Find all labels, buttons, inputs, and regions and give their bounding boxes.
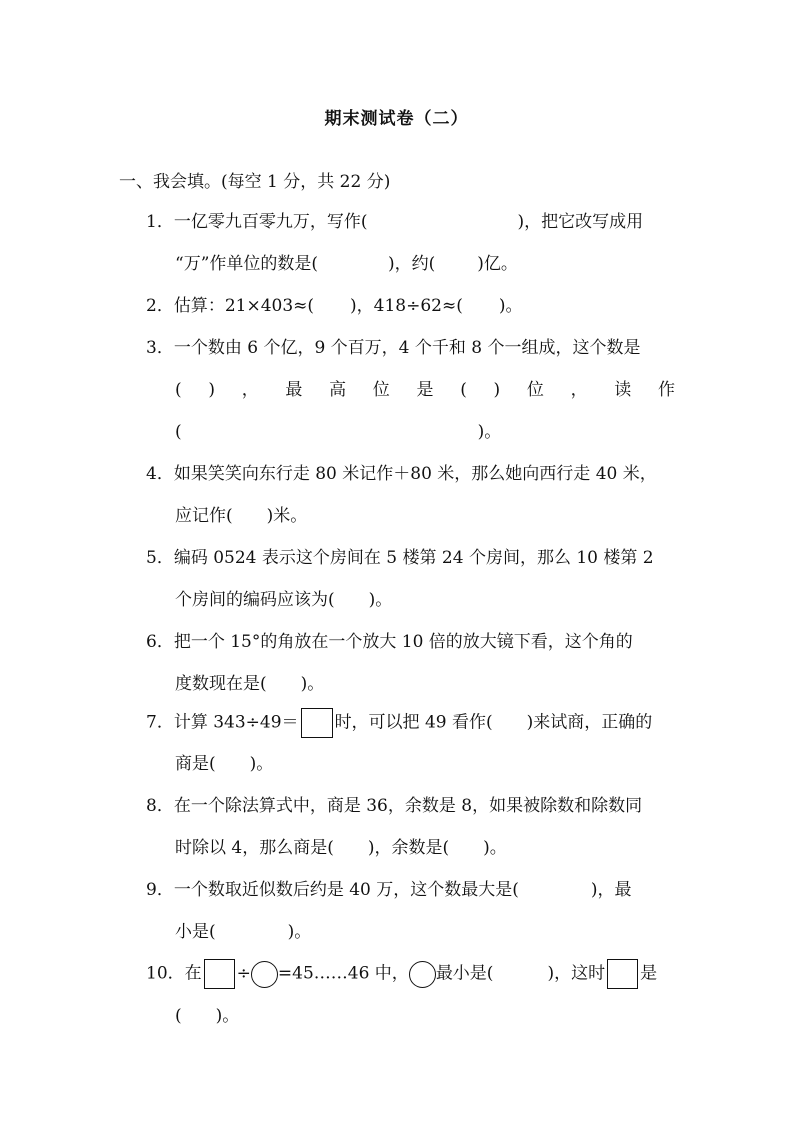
question-text: 最小是( bbox=[436, 964, 494, 984]
question-text: 估算：21×403≈( bbox=[174, 296, 314, 316]
char: 位 bbox=[527, 378, 544, 402]
question-text: )。 bbox=[499, 296, 523, 316]
question-5-line-2: 个房间的编码应该为()。 bbox=[175, 588, 392, 612]
question-10-line-1: 10．在÷=45……46 中，最小是()，这时是 bbox=[146, 959, 657, 989]
question-number: 7． bbox=[146, 713, 174, 733]
divisor-circle[interactable] bbox=[409, 961, 436, 988]
question-text: 一亿零九百零九万，写作( bbox=[174, 212, 368, 232]
question-text: )。 bbox=[288, 922, 312, 942]
question-text: 是 bbox=[640, 964, 657, 984]
question-text: 一个数由 6 个亿，9 个百万，4 个千和 8 个一组成，这个数是 bbox=[174, 338, 641, 358]
char: 作 bbox=[658, 378, 675, 402]
question-number: 9． bbox=[146, 880, 174, 900]
question-text: 编码 0524 表示这个房间在 5 楼第 24 个房间，那么 10 楼第 2 bbox=[174, 548, 654, 568]
question-text: 把一个 15°的角放在一个放大 10 倍的放大镜下看，这个角的 bbox=[174, 632, 633, 652]
question-text: )。 bbox=[478, 422, 502, 442]
question-7-line-1: 7．计算 343÷49＝时，可以把 49 看作()来试商，正确的 bbox=[146, 708, 652, 738]
divide-sign: ÷ bbox=[237, 964, 251, 984]
question-text: 在 bbox=[185, 964, 202, 984]
question-text: )，418÷62≈( bbox=[350, 296, 463, 316]
question-text: 个房间的编码应该为( bbox=[175, 590, 335, 610]
paren-close: ) bbox=[208, 378, 215, 402]
page-title: 期末测试卷（二） bbox=[0, 104, 793, 129]
question-text: )，最 bbox=[591, 880, 632, 900]
section-heading: 一、我会填。(每空 1 分，共 22 分) bbox=[119, 170, 390, 194]
question-text: )。 bbox=[250, 754, 274, 774]
question-text: 应记作( bbox=[175, 506, 233, 526]
question-text: =45……46 中， bbox=[278, 964, 409, 984]
question-text: )，约( bbox=[388, 254, 435, 274]
question-text: 小是( bbox=[175, 922, 216, 942]
paren-open: ( bbox=[460, 378, 467, 402]
dividend-box[interactable] bbox=[607, 959, 638, 989]
paren-close: ) bbox=[494, 378, 501, 402]
question-text: )亿。 bbox=[477, 254, 518, 274]
paren-open: ( bbox=[175, 1006, 182, 1026]
question-text: )。 bbox=[216, 1006, 240, 1026]
question-8-line-2: 时除以 4，那么商是()，余数是()。 bbox=[175, 836, 507, 860]
question-text: 一个数取近似数后约是 40 万，这个数最大是( bbox=[174, 880, 519, 900]
paren-open: ( bbox=[175, 378, 182, 402]
char: 读 bbox=[614, 378, 631, 402]
divisor-circle[interactable] bbox=[251, 961, 278, 988]
question-text: )，这时 bbox=[547, 964, 605, 984]
question-4-line-1: 4．如果笑笑向东行走 80 米记作＋80 米，那么她向西行走 40 米， bbox=[146, 462, 657, 486]
paren-open: ( bbox=[175, 422, 182, 442]
question-number: 4． bbox=[146, 464, 174, 484]
char: 高 bbox=[329, 378, 346, 402]
char: 是 bbox=[417, 378, 434, 402]
question-number: 5． bbox=[146, 548, 174, 568]
question-text: 在一个除法算式中，商是 36，余数是 8，如果被除数和除数同 bbox=[174, 796, 642, 816]
question-10-line-2: ()。 bbox=[175, 1004, 239, 1028]
question-3-line-3: ()。 bbox=[175, 420, 501, 444]
question-text: 计算 343÷49＝ bbox=[174, 713, 299, 733]
question-text: 如果笑笑向东行走 80 米记作＋80 米，那么她向西行走 40 米， bbox=[174, 464, 657, 484]
question-1-line-1: 1．一亿零九百零九万，写作()，把它改写成用 bbox=[146, 210, 643, 234]
question-text: )。 bbox=[301, 674, 325, 694]
question-text: 时除以 4，那么商是( bbox=[175, 838, 334, 858]
question-number: 1． bbox=[146, 212, 174, 232]
question-6-line-1: 6．把一个 15°的角放在一个放大 10 倍的放大镜下看，这个角的 bbox=[146, 630, 633, 654]
question-5-line-1: 5．编码 0524 表示这个房间在 5 楼第 24 个房间，那么 10 楼第 2 bbox=[146, 546, 654, 570]
dividend-box[interactable] bbox=[204, 959, 235, 989]
char: 最 bbox=[285, 378, 302, 402]
question-number: 3． bbox=[146, 338, 174, 358]
question-text: )，把它改写成用 bbox=[517, 212, 643, 232]
comma: ， bbox=[242, 378, 259, 402]
question-text: “万”作单位的数是( bbox=[175, 254, 318, 274]
question-text: )米。 bbox=[267, 506, 308, 526]
question-text: )，余数是( bbox=[368, 838, 449, 858]
question-text: 时，可以把 49 看作( bbox=[335, 713, 493, 733]
question-9-line-2: 小是()。 bbox=[175, 920, 311, 944]
question-9-line-1: 9．一个数取近似数后约是 40 万，这个数最大是()，最 bbox=[146, 878, 632, 902]
question-3-line-2: ( ) ， 最 高 位 是 ( ) 位 ， 读 作 bbox=[175, 378, 675, 402]
question-text: )来试商，正确的 bbox=[527, 713, 653, 733]
question-4-line-2: 应记作()米。 bbox=[175, 504, 307, 528]
question-text: )。 bbox=[369, 590, 393, 610]
comma: ， bbox=[571, 378, 588, 402]
question-number: 8． bbox=[146, 796, 174, 816]
question-2: 2．估算：21×403≈()，418÷62≈()。 bbox=[146, 294, 523, 318]
question-number: 2． bbox=[146, 296, 174, 316]
question-number: 10． bbox=[146, 964, 185, 984]
question-1-line-2: “万”作单位的数是()，约()亿。 bbox=[175, 252, 518, 276]
question-number: 6． bbox=[146, 632, 174, 652]
answer-box[interactable] bbox=[301, 708, 333, 738]
question-7-line-2: 商是()。 bbox=[175, 752, 273, 776]
question-text: )。 bbox=[483, 838, 507, 858]
char: 位 bbox=[373, 378, 390, 402]
question-8-line-1: 8．在一个除法算式中，商是 36，余数是 8，如果被除数和除数同 bbox=[146, 794, 642, 818]
question-text: 商是( bbox=[175, 754, 216, 774]
question-3-line-1: 3．一个数由 6 个亿，9 个百万，4 个千和 8 个一组成，这个数是 bbox=[146, 336, 641, 360]
question-6-line-2: 度数现在是()。 bbox=[175, 672, 324, 696]
question-text: 度数现在是( bbox=[175, 674, 267, 694]
